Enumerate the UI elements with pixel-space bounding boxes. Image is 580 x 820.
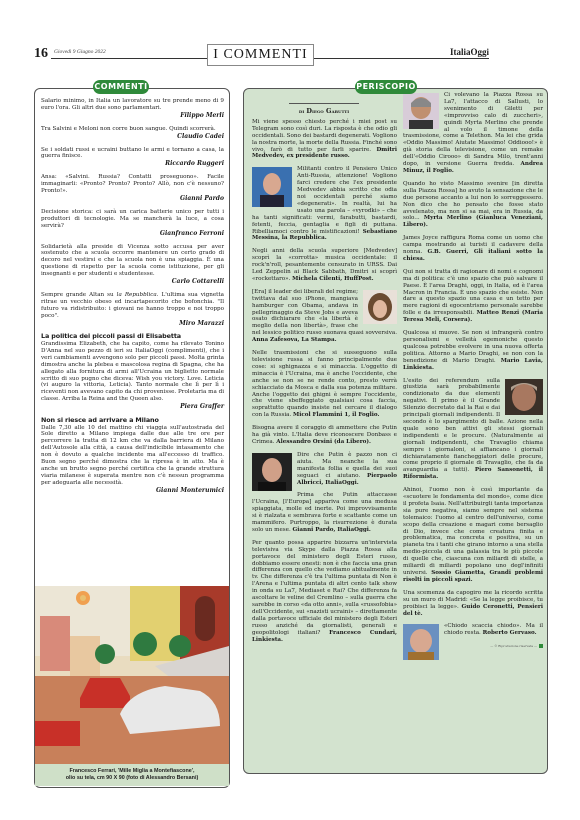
comment-item: Salario minimo, in Italia un lavoratore … bbox=[41, 98, 224, 120]
quote-item: Nelle trasmissioni che si susseguono sul… bbox=[252, 350, 397, 419]
quote-item: Dire che Putin è pazzo non ci aiuta. Ma … bbox=[252, 452, 397, 487]
comment-author: Gianfranco Ferroni bbox=[41, 231, 224, 238]
quote-item: Prima che Putin attaccasse l'Ucraina, [l… bbox=[252, 492, 397, 533]
comment-item: Non si riesce ad arrivare a Milano Dalle… bbox=[41, 417, 224, 495]
page-number: 16 bbox=[34, 46, 51, 62]
byline: di Diego Gabutti bbox=[289, 103, 359, 115]
issue-date: Giovedì 9 Giugno 2022 bbox=[54, 49, 106, 55]
caption-line: olio su tela, cm 90 X 90 (foto di Alessa… bbox=[35, 775, 229, 782]
quote-item: Qui non si tratta di ragionare di nomi e… bbox=[403, 269, 543, 324]
quote-item: L'esito dei referendum sulla giustizia s… bbox=[403, 378, 543, 482]
giletti-photo bbox=[403, 93, 439, 129]
zafesova-photo bbox=[363, 290, 397, 324]
painting-image bbox=[35, 586, 229, 764]
quote-item: Per quanto possa apparire bizzarra un'in… bbox=[252, 540, 397, 644]
comment-item: Ansa: «Salvini. Russia? Contatti prosegu… bbox=[41, 174, 224, 203]
comment-text: Grandissima Elizabeth, che ha capito, co… bbox=[41, 341, 224, 403]
comment-item: Solidarietà alla preside di Vicenza sott… bbox=[41, 244, 224, 286]
commenti-column: Salario minimo, in Italia un lavoratore … bbox=[34, 88, 230, 788]
comment-text: Solidarietà alla preside di Vicenza sott… bbox=[41, 244, 224, 279]
quote-item: Mi viene spesso chiesto perché i miei po… bbox=[252, 119, 397, 160]
quote-item: Bisogna avere il coraggio di ammettere c… bbox=[252, 425, 397, 446]
comment-author: Filippo Merli bbox=[41, 113, 224, 120]
periscopio-col-1: di Diego Gabutti Mi viene spesso chiesto… bbox=[252, 103, 397, 649]
comment-text: Tra Salvini e Meloni non corre buon sang… bbox=[41, 126, 224, 133]
quote-item: Qualcosa si muove. Se non si infrangerà … bbox=[403, 330, 543, 371]
quote-item: Ahinoi, l'uomo non è così importante da … bbox=[403, 487, 543, 584]
quote-item: Militanti contro il Pensiero Unico Anti-… bbox=[252, 166, 397, 242]
comment-item: Decisione storica: ci sarà un carica bat… bbox=[41, 209, 224, 238]
comment-text: Decisione storica: ci sarà un carica bat… bbox=[41, 209, 224, 230]
comment-author: Claudio Cadei bbox=[41, 134, 224, 141]
comment-author: Miro Marazzi bbox=[41, 321, 224, 328]
comment-item: La politica dei piccoli passi di Elisabe… bbox=[41, 333, 224, 411]
end-square-icon bbox=[539, 644, 543, 648]
quote-item: Una scemenza da capogiro me la ricordo s… bbox=[403, 590, 543, 618]
medvedev-photo bbox=[252, 167, 292, 207]
comment-title: Non si riesce ad arrivare a Milano bbox=[41, 417, 224, 425]
comment-text: Ansa: «Salvini. Russia? Contatti prosegu… bbox=[41, 174, 224, 195]
gervaso-photo bbox=[403, 624, 439, 660]
comment-text: Sempre grande Altan su la Repubblica. L'… bbox=[41, 292, 224, 320]
commenti-badge: COMMENTI bbox=[93, 80, 149, 94]
putin-photo bbox=[252, 453, 292, 491]
comment-item: Se i soldati russi e ucraini buttano le … bbox=[41, 147, 224, 169]
comment-author: Gianni Monterumici bbox=[41, 488, 224, 495]
quote-item: James Joyce raffigura Roma come un uomo … bbox=[403, 235, 543, 263]
comment-author: Riccardo Ruggeri bbox=[41, 161, 224, 168]
quote-item: [Era] il leader dei liberali del regime;… bbox=[252, 289, 397, 344]
page-header: 16 Giovedì 9 Giugno 2022 I COMMENTI Ital… bbox=[34, 44, 489, 70]
quote-item: Negli anni della scuola superiore [Medve… bbox=[252, 248, 397, 283]
comment-item: Tra Salvini e Meloni non corre buon sang… bbox=[41, 126, 224, 141]
caption-line: Francesco Ferrari, 'Mille Miglia a Monte… bbox=[35, 768, 229, 775]
periscopio-col-2: Ci volevano la Piazza Rossa su La7, l'at… bbox=[403, 92, 543, 662]
comment-text: Dalle 7,30 alle 10 del mattino chi viagg… bbox=[41, 425, 224, 487]
periscopio-column: di Diego Gabutti Mi viene spesso chiesto… bbox=[243, 88, 548, 774]
comment-author: Gianni Pardo bbox=[41, 196, 224, 203]
section-title: I COMMENTI bbox=[207, 44, 314, 66]
brand-logo: ItaliaOggi bbox=[447, 47, 489, 57]
periscopio-badge: PERISCOPIO bbox=[355, 80, 417, 94]
comment-text: Salario minimo, in Italia un lavoratore … bbox=[41, 98, 224, 112]
comment-title: La politica dei piccoli passi di Elisabe… bbox=[41, 333, 224, 341]
comment-item: Sempre grande Altan su la Repubblica. L'… bbox=[41, 292, 224, 328]
comment-text: Se i soldati russi e ucraini buttano le … bbox=[41, 147, 224, 161]
quote-item: Quando ho visto Massimo svenire [in dire… bbox=[403, 181, 543, 229]
painting-caption: Francesco Ferrari, 'Mille Miglia a Monte… bbox=[35, 764, 229, 786]
comment-author: Carlo Cottarelli bbox=[41, 279, 224, 286]
quote-item: «Chiodo scaccia chiodo». Ma il chiodo re… bbox=[403, 623, 543, 637]
sansonetti-photo bbox=[505, 379, 543, 415]
comment-author: Piera Graffer bbox=[41, 404, 224, 411]
quote-item: Ci volevano la Piazza Rossa su La7, l'at… bbox=[403, 92, 543, 175]
